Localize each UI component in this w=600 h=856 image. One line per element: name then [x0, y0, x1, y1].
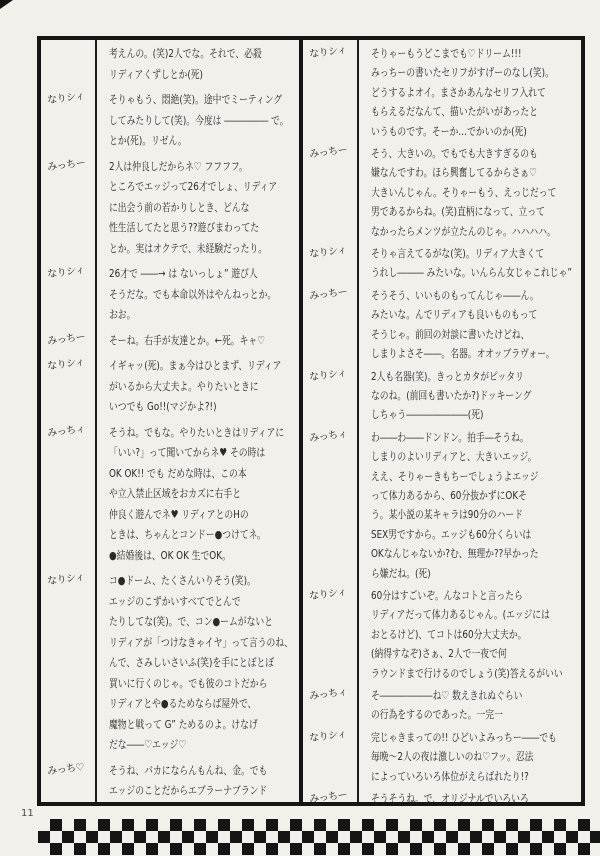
- dialogue-lines: そ――――――ね♡ 数えきれぬぐらいの行為をするのであった。一完一: [363, 686, 572, 725]
- dialogue-lines: イギャッ(死)。まぁ今はひとまず、リディアがいるから大丈夫よ。やりたいときにいつ…: [101, 356, 281, 418]
- dialogue-column-right: なりシィそりゃーもうどこまでも♡ドリーム!!!みっちーの書いたセリフがすげーのな…: [303, 40, 600, 802]
- dialogue-turn: なりシィコ●ドーム、たくさんいりそう(笑)。エッジのこずかいすべてでとんでたりし…: [41, 571, 299, 756]
- speaker-label: みっちー: [41, 323, 103, 351]
- dialogue-turn: なりシィそりゃーもうどこまでも♡ドリーム!!!みっちーの書いたセリフがすげーのな…: [303, 44, 600, 141]
- dialogue-column-left: 考えんの。(笑)2人でな。それで、必殺リディアくずしとか(死)なりシィそりゃもう…: [41, 40, 303, 802]
- dialogue-lines: そう、大きいの。でもでも大きすぎるのも嫌なんですわ。ほら興奮してるからさぁ♡大き…: [363, 144, 572, 241]
- dialogue-turn: なりシィ2人も名器(笑)。きっとカタがピッタリなのね。(前回も書いたか?)ドッキ…: [303, 367, 600, 425]
- text-line: 考えんの。(笑)2人でな。それで、必殺: [109, 44, 262, 65]
- dialogue-lines: そりゃ言えてるがな(笑)。リディア大きくてうれし――― みたいな。いんらん女じゃ…: [363, 244, 572, 283]
- dialogue-lines: 完じゃきまっての!! ひどいよみっちー――でも毎晩〜2人の夜は激しいのね♡フッ。…: [363, 728, 572, 786]
- dialogue-lines: そりゃーもうどこまでも♡ドリーム!!!みっちーの書いたセリフがすげーのなし(笑)…: [363, 44, 572, 141]
- text-line: ええ、そりゃーきもちーでしょうよエッジ: [371, 467, 572, 486]
- text-line: もらえるだなんて、描いたがいがあったと: [371, 102, 572, 121]
- text-line: わ――わ――ドンドン。拍手―そうね。: [371, 428, 572, 447]
- speaker-label: なりシィ: [303, 359, 370, 424]
- dialogue-turn: 考えんの。(笑)2人でな。それで、必殺リディアくずしとか(死): [41, 44, 299, 85]
- checkerboard-footer: [38, 819, 600, 855]
- text-line: いうものです。そーか…でかいのか(死): [371, 122, 572, 141]
- text-line: おお。: [109, 305, 276, 326]
- text-line: コ●ドーム、たくさんいりそう(笑)。: [109, 571, 293, 592]
- text-line: エッジのことだからエブラーナブランド: [109, 781, 267, 802]
- dialogue-turn: みっちーそうそうね。で、オリジナルでいろいろ: [303, 789, 600, 808]
- text-line: そう、大きいの。でもでも大きすぎるのも: [371, 144, 572, 163]
- text-line: OKなんじゃないか?む、無理か??早かった: [371, 544, 572, 563]
- dialogue-turn: なりシィ完じゃきまっての!! ひどいよみっちー――でも毎晩〜2人の夜は激しいのね…: [303, 728, 600, 786]
- text-line: しちゃう―――――――(死): [371, 405, 572, 424]
- text-line: エッジのこずかいすべてでとんで: [109, 592, 293, 613]
- dialogue-turn: みっちーそう、大きいの。でもでも大きすぎるのも嫌なんですわ。ほら興奮してるからさ…: [303, 144, 600, 241]
- text-line: そりゃーもうどこまでも♡ドリーム!!!: [371, 44, 572, 63]
- text-line: 魔物と戦って G” ためるのよ。けなげ: [109, 715, 293, 736]
- dialogue-lines: 2人も名器(笑)。きっとカタがピッタリなのね。(前回も書いたか?)ドッキーングし…: [363, 367, 572, 425]
- dialogue-lines: わ――わ――ドンドン。拍手―そうね。しまりのよいリディアと、大きいエッジ。ええ、…: [363, 428, 572, 583]
- text-line: どうするよオイ。まさかあんなセリフ入れて: [371, 83, 572, 102]
- text-line: 2人も名器(笑)。きっとカタがピッタリ: [371, 367, 572, 386]
- scanned-page: 考えんの。(笑)2人でな。それで、必殺リディアくずしとか(死)なりシィそりゃもう…: [0, 0, 600, 856]
- dialogue-turn: みっちィそ――――――ね♡ 数えきれぬぐらいの行為をするのであった。一完一: [303, 686, 600, 725]
- dialogue-lines: そーね。右手が友達とか。←死。キャ♡: [101, 331, 265, 352]
- dialogue-lines: 26才で ――→ は ないっしょ” 遊び人そうだな。でも本命以外はやんねっとか。…: [101, 264, 276, 326]
- dialogue-lines: そうね、バカにならんもんね、金。でもエッジのことだからエブラーナブランド: [101, 761, 267, 802]
- text-line: リディアだって体力あるじゃん。(エッジには: [371, 605, 572, 624]
- text-line: って体力あるから、60分抜かずにOKそ: [371, 486, 572, 505]
- dialogue-turn: みっちーそうそう、いいものもってんじゃ――ん。みたいな。んでリディアも良いものも…: [303, 286, 600, 364]
- text-line: 男であるからね。(笑)直柄になって、立って: [371, 202, 572, 221]
- text-line: そうそうね。で、オリジナルでいろいろ: [371, 789, 572, 808]
- text-line: そりゃもう、悶絶(笑)。途中でミーティング: [109, 90, 288, 111]
- dialogue-lines: 考えんの。(笑)2人でな。それで、必殺リディアくずしとか(死): [101, 44, 262, 85]
- text-line: だな――♡エッジ♡: [109, 735, 293, 756]
- dialogue-lines: そりゃもう、悶絶(笑)。途中でミーティングしてみたりして(笑)。今度は ――――…: [101, 90, 288, 152]
- speaker-label: みっち♡: [41, 753, 106, 801]
- text-line: そうそう、いいものもってんじゃ――ん。: [371, 286, 572, 305]
- text-line: リディアが「つけなきゃイヤ」って言うのね、: [109, 633, 293, 654]
- text-line: 完じゃきまっての!! ひどいよみっちー――でも: [371, 728, 572, 747]
- dialogue-frame: 考えんの。(笑)2人でな。それで、必殺リディアくずしとか(死)なりシィそりゃもう…: [37, 36, 585, 806]
- dialogue-turn: なりシィ60分はすごいぞ。んなコトと言ったらリディアだって体力あるじゃん。(エッ…: [303, 586, 600, 683]
- text-line: そりゃ言えてるがな(笑)。リディア大きくて: [371, 244, 572, 263]
- text-line: (納得すなぞ)さぁ、2人で一夜で何: [371, 644, 572, 663]
- text-line: いつでも Go!!(マジかよ?!): [109, 397, 281, 418]
- text-line: 2人は仲良しだからネ♡ フフフフ。: [109, 157, 277, 178]
- text-line: ●結婚後は、OK OK 生でOK。: [109, 546, 284, 567]
- dialogue-turn: なりシィ26才で ――→ は ないっしょ” 遊び人そうだな。でも本命以外はやんね…: [41, 264, 299, 326]
- speaker-label: みっちィ: [303, 679, 367, 725]
- text-line: ところでエッジって26才でしょ、リディア: [109, 177, 277, 198]
- dialogue-lines: そうそうね。で、オリジナルでいろいろ: [363, 789, 572, 808]
- text-line: んで、さみしいさいふ(笑)を手にとぼとぼ: [109, 653, 293, 674]
- speaker-label: なりシィ: [41, 349, 108, 417]
- text-line: リディアくずしとか(死): [109, 65, 262, 86]
- speaker-label: なりシィ: [303, 237, 367, 283]
- speaker-label: なりシィ: [303, 721, 370, 786]
- text-line: たりしてな(笑)。で、コン●ームがないと: [109, 612, 293, 633]
- text-line: 仲良く遊んでネ♥ リディアとのHの: [109, 505, 284, 526]
- text-line: ときは、ちゃんとコンドー●つけてネ。: [109, 525, 284, 546]
- scan-artifact-corner: [0, 0, 13, 9]
- text-line: ら嫌だね。(死): [371, 564, 572, 583]
- speaker-label: なりシィ: [41, 257, 108, 325]
- text-line: によっていろいろ体位がえらばれたり!?: [371, 767, 572, 786]
- dialogue-turn: みっちー2人は仲良しだからネ♡ フフフフ。ところでエッジって26才でしょ、リディ…: [41, 157, 299, 260]
- dialogue-lines: コ●ドーム、たくさんいりそう(笑)。エッジのこずかいすべてでとんでたりしてな(笑…: [101, 571, 293, 756]
- text-line: 性生活してたと思う??遊びまわってた: [109, 218, 277, 239]
- dialogue-turn: なりシィそりゃ言えてるがな(笑)。リディア大きくてうれし――― みたいな。いんら…: [303, 244, 600, 283]
- text-line: みたいな。んでリディアも良いものもって: [371, 305, 572, 324]
- dialogue-turn: みっち♡そうね、バカにならんもんね、金。でもエッジのことだからエブラーナブランド: [41, 761, 299, 802]
- text-line: 嫌なんですわ。ほら興奮してるからさぁ♡: [371, 163, 572, 182]
- text-line: や立入禁止区域をおカズに右手と: [109, 484, 284, 505]
- text-line: そうだな。でも本命以外はやんねっとか。: [109, 285, 276, 306]
- text-line: とか(死)。リゼん。: [109, 131, 288, 152]
- text-line: がいるから大丈夫よ。やりたいときに: [109, 377, 281, 398]
- text-line: リディアとや●るためならば屋外で、: [109, 694, 293, 715]
- text-line: なのね。(前回も書いたか?)ドッキーング: [371, 386, 572, 405]
- page-number: 11: [21, 808, 34, 819]
- speaker-label: [41, 37, 106, 85]
- text-line: そうじゃ。前回の対談に書いたけどね、: [371, 325, 572, 344]
- dialogue-lines: そうね。でもな。やりたいときはリディアに「いい?」って聞いてからネ♥ その時はO…: [101, 423, 284, 567]
- text-line: の行為をするのであった。一完一: [371, 705, 572, 724]
- text-line: OK OK!! でも だめな時は、この本: [109, 464, 284, 485]
- text-line: 「いい?」って聞いてからネ♥ その時は: [109, 443, 284, 464]
- text-line: 毎晩〜2人の夜は激しいのね♡フッ。忍法: [371, 747, 572, 766]
- text-line: しまりのよいリディアと、大きいエッジ。: [371, 447, 572, 466]
- text-line: うれし――― みたいな。いんらん女じゃこれじゃ”: [371, 263, 572, 282]
- text-line: に出会う前の若かりしとき、どんな: [109, 198, 277, 219]
- text-line: しまりよさそ――。名器。オオッブラヴォー。: [371, 344, 572, 363]
- text-line: そーね。右手が友達とか。←死。キャ♡: [109, 331, 265, 352]
- dialogue-lines: 2人は仲良しだからネ♡ フフフフ。ところでエッジって26才でしょ、リディアに出会…: [101, 157, 277, 260]
- text-line: イギャッ(死)。まぁ今はひとまず、リディア: [109, 356, 281, 377]
- dialogue-turn: なりシィイギャッ(死)。まぁ今はひとまず、リディアがいるから大丈夫よ。やりたいと…: [41, 356, 299, 418]
- text-line: なかったらメンツが立たんのじゃ。ハハハハ。: [371, 222, 572, 241]
- text-line: とか。実はオクテで、未経験だったり。: [109, 239, 277, 260]
- dialogue-turn: なりシィそりゃもう、悶絶(笑)。途中でミーティングしてみたりして(笑)。今度は …: [41, 90, 299, 152]
- dialogue-turn: みっちィわ――わ――ドンドン。拍手―そうね。しまりのよいリディアと、大きいエッジ…: [303, 428, 600, 583]
- text-line: 60分はすごいぞ。んなコトと言ったら: [371, 586, 572, 605]
- text-line: SEX男ですから。エッジも60分くらいは: [371, 525, 572, 544]
- text-line: ラウンドまで行けるのでしょう(笑)答えるがいい: [371, 664, 572, 683]
- text-line: う。某小説の某キャラは90分のハード: [371, 505, 572, 524]
- dialogue-lines: 60分はすごいぞ。んなコトと言ったらリディアだって体力あるじゃん。(エッジにはお…: [363, 586, 572, 683]
- speaker-label: みっちー: [303, 279, 372, 363]
- speaker-label: なりシィ: [41, 83, 108, 151]
- text-line: そうね。でもな。やりたいときはリディアに: [109, 423, 284, 444]
- text-line: みっちーの書いたセリフがすげーのなし(笑)。: [371, 63, 572, 82]
- text-line: 買いに行くのじゃ。でも彼のコトだから: [109, 674, 293, 695]
- text-line: そ――――――ね♡ 数えきれぬぐらい: [371, 686, 572, 705]
- dialogue-turn: みっちーそーね。右手が友達とか。←死。キャ♡: [41, 331, 299, 352]
- text-line: おとるけど)、てコトは60分大丈夫か。: [371, 625, 572, 644]
- dialogue-lines: そうそう、いいものもってんじゃ――ん。みたいな。んでリディアも良いものもってそう…: [363, 286, 572, 364]
- text-line: 26才で ――→ は ないっしょ” 遊び人: [109, 264, 276, 285]
- text-line: してみたりして(笑)。今度は ――――― で。: [109, 111, 288, 132]
- text-line: そうね、バカにならんもんね、金。でも: [109, 761, 267, 782]
- dialogue-turn: みっちィそうね。でもな。やりたいときはリディアに「いい?」って聞いてからネ♥ そ…: [41, 423, 299, 567]
- text-line: 大きいんじゃん。そりゃーもう、えっじだって: [371, 183, 572, 202]
